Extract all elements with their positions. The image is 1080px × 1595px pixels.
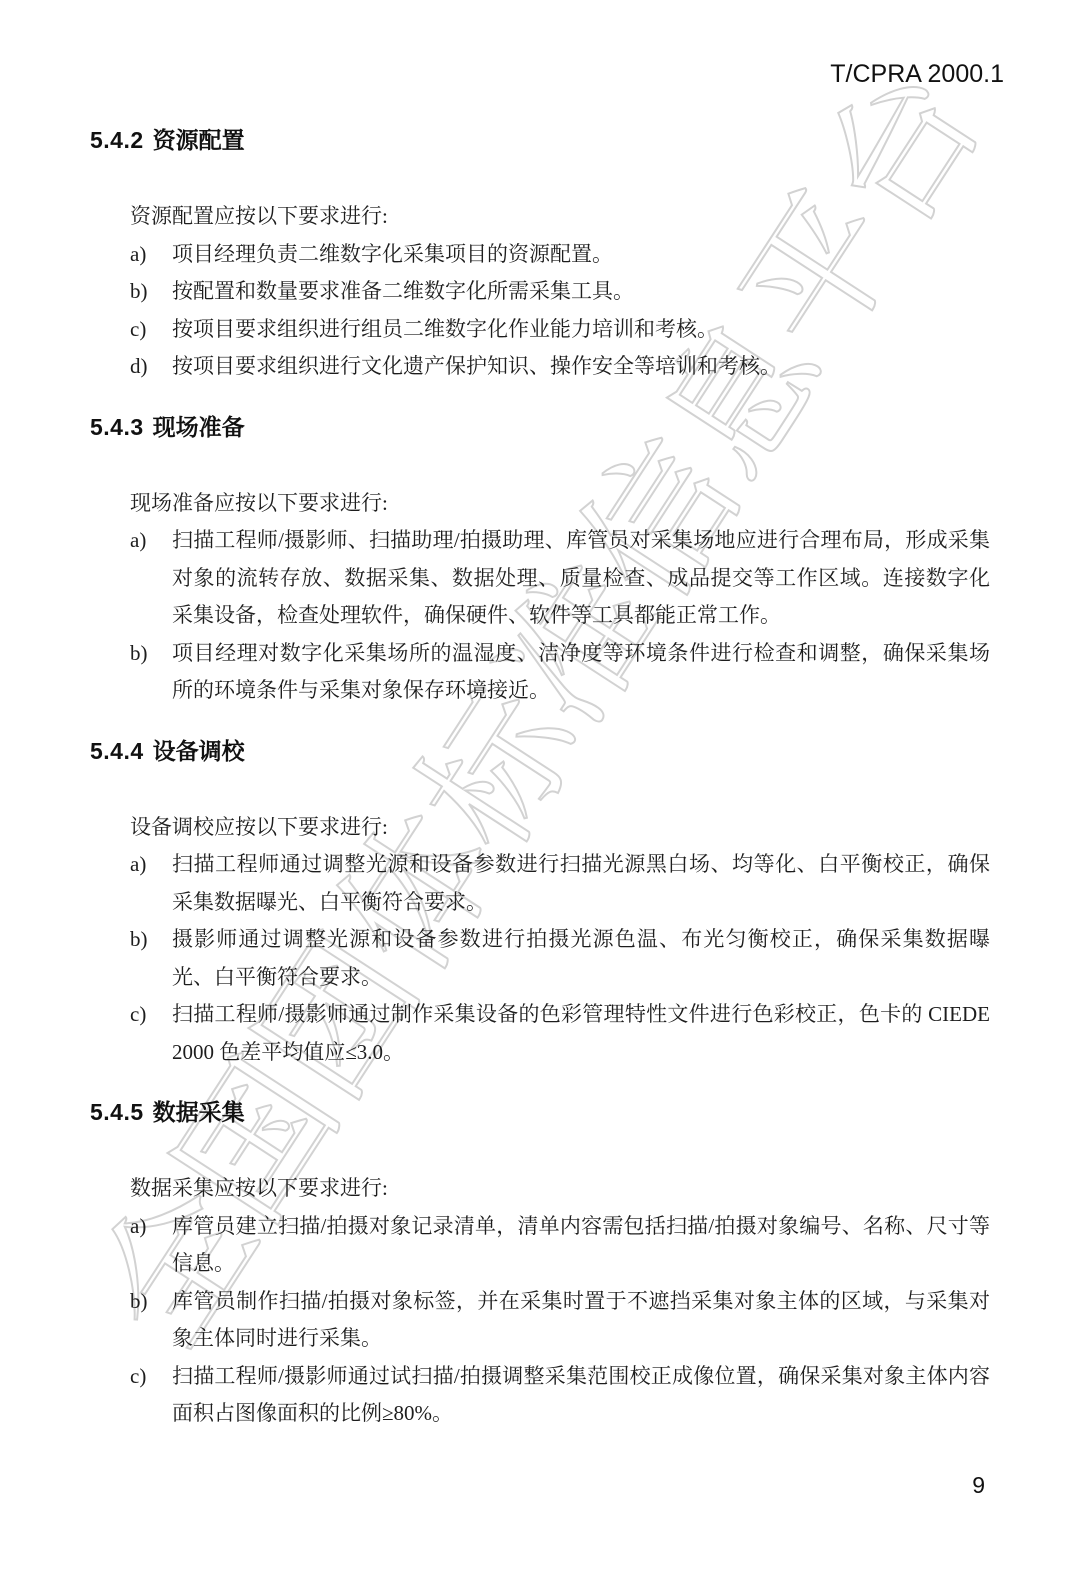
item-marker: a) (130, 522, 146, 560)
list-item: a) 扫描工程师/摄影师、扫描助理/拍摄助理、库管员对采集场地应进行合理布局，形… (90, 522, 990, 635)
list-item: b) 库管员制作扫描/拍摄对象标签，并在采集时置于不遮挡采集对象主体的区域，与采… (90, 1283, 990, 1358)
section-5-4-5: 5.4.5数据采集 数据采集应按以下要求进行: a) 库管员建立扫描/拍摄对象记… (90, 1099, 990, 1433)
section-number: 5.4.5 (90, 1099, 144, 1125)
item-text: 扫描工程师/摄影师通过制作采集设备的色彩管理特性文件进行色彩校正，色卡的 CIE… (172, 1002, 990, 1064)
section-title: 设备调校 (153, 738, 245, 764)
section-intro: 现场准备应按以下要求进行: (130, 485, 990, 523)
item-text: 扫描工程师/摄影师、扫描助理/拍摄助理、库管员对采集场地应进行合理布局，形成采集… (172, 528, 990, 627)
section-heading: 5.4.3现场准备 (90, 414, 990, 441)
item-marker: a) (130, 846, 146, 884)
item-text: 扫描工程师/摄影师通过试扫描/拍摄调整采集范围校正成像位置，确保采集对象主体内容… (172, 1364, 990, 1426)
item-text: 按项目要求组织进行文化遗产保护知识、操作安全等培训和考核。 (172, 354, 781, 378)
page-number: 9 (972, 1472, 985, 1499)
item-marker: d) (130, 348, 148, 386)
item-text: 扫描工程师通过调整光源和设备参数进行扫描光源黑白场、均等化、白平衡校正，确保采集… (172, 852, 990, 914)
item-text: 库管员建立扫描/拍摄对象记录清单，清单内容需包括扫描/拍摄对象编号、名称、尺寸等… (172, 1214, 990, 1276)
list-item: b) 摄影师通过调整光源和设备参数进行拍摄光源色温、布光匀衡校正，确保采集数据曝… (90, 921, 990, 996)
item-text: 摄影师通过调整光源和设备参数进行拍摄光源色温、布光匀衡校正，确保采集数据曝光、白… (172, 927, 990, 989)
item-text: 库管员制作扫描/拍摄对象标签，并在采集时置于不遮挡采集对象主体的区域，与采集对象… (172, 1289, 990, 1351)
item-marker: c) (130, 996, 146, 1034)
list-item: d) 按项目要求组织进行文化遗产保护知识、操作安全等培训和考核。 (90, 348, 990, 386)
list-item: a) 项目经理负责二维数字化采集项目的资源配置。 (90, 236, 990, 274)
section-heading: 5.4.4设备调校 (90, 738, 990, 765)
section-5-4-3: 5.4.3现场准备 现场准备应按以下要求进行: a) 扫描工程师/摄影师、扫描助… (90, 414, 990, 710)
section-title: 数据采集 (153, 1099, 245, 1125)
standard-number: T/CPRA 2000.1 (90, 60, 1004, 89)
section-number: 5.4.3 (90, 414, 144, 440)
list-item: b) 按配置和数量要求准备二维数字化所需采集工具。 (90, 273, 990, 311)
list-item: b) 项目经理对数字化采集场所的温湿度、洁净度等环境条件进行检查和调整，确保采集… (90, 635, 990, 710)
section-title: 资源配置 (153, 127, 245, 153)
item-text: 项目经理对数字化采集场所的温湿度、洁净度等环境条件进行检查和调整，确保采集场所的… (172, 641, 990, 703)
list-item: c) 扫描工程师/摄影师通过制作采集设备的色彩管理特性文件进行色彩校正，色卡的 … (90, 996, 990, 1071)
item-text: 按项目要求组织进行组员二维数字化作业能力培训和考核。 (172, 317, 718, 341)
item-text: 项目经理负责二维数字化采集项目的资源配置。 (172, 242, 613, 266)
item-marker: a) (130, 1208, 146, 1246)
section-intro: 数据采集应按以下要求进行: (130, 1170, 990, 1208)
section-title: 现场准备 (153, 414, 245, 440)
section-heading: 5.4.5数据采集 (90, 1099, 990, 1126)
section-number: 5.4.4 (90, 738, 144, 764)
section-intro: 设备调校应按以下要求进行: (130, 809, 990, 847)
section-5-4-4: 5.4.4设备调校 设备调校应按以下要求进行: a) 扫描工程师通过调整光源和设… (90, 738, 990, 1072)
item-marker: b) (130, 1283, 148, 1321)
item-marker: b) (130, 635, 148, 673)
section-intro: 资源配置应按以下要求进行: (130, 198, 990, 236)
item-marker: b) (130, 921, 148, 959)
item-text: 按配置和数量要求准备二维数字化所需采集工具。 (172, 279, 634, 303)
section-heading: 5.4.2资源配置 (90, 127, 990, 154)
item-marker: b) (130, 273, 148, 311)
section-number: 5.4.2 (90, 127, 144, 153)
list-item: a) 库管员建立扫描/拍摄对象记录清单，清单内容需包括扫描/拍摄对象编号、名称、… (90, 1208, 990, 1283)
section-5-4-2: 5.4.2资源配置 资源配置应按以下要求进行: a) 项目经理负责二维数字化采集… (90, 127, 990, 386)
item-marker: c) (130, 1358, 146, 1396)
item-marker: c) (130, 311, 146, 349)
document-page: T/CPRA 2000.1 5.4.2资源配置 资源配置应按以下要求进行: a)… (0, 0, 1080, 1433)
list-item: a) 扫描工程师通过调整光源和设备参数进行扫描光源黑白场、均等化、白平衡校正，确… (90, 846, 990, 921)
list-item: c) 扫描工程师/摄影师通过试扫描/拍摄调整采集范围校正成像位置，确保采集对象主… (90, 1358, 990, 1433)
list-item: c) 按项目要求组织进行组员二维数字化作业能力培训和考核。 (90, 311, 990, 349)
item-marker: a) (130, 236, 146, 274)
